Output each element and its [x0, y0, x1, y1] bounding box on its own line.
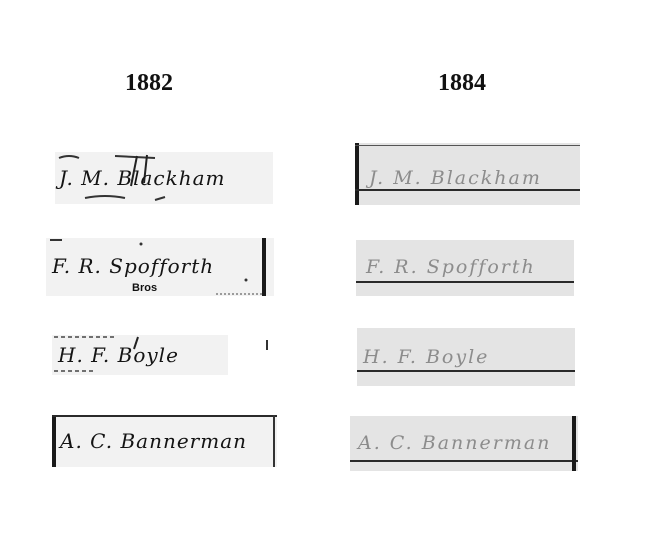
margin-bar — [52, 415, 56, 467]
signature-text: J. M. Blackham — [369, 167, 542, 189]
signature-1882-blackham: J. M. Blackham — [55, 152, 273, 204]
margin-bar-right — [273, 415, 275, 467]
signature-1882-bannerman: A. C. Bannerman — [52, 415, 277, 467]
signature-text: H. F. Boyle — [58, 343, 179, 367]
year-heading-1882: 1882 — [125, 70, 173, 97]
signature-text: J. M. Blackham — [59, 166, 225, 190]
margin-bar — [572, 416, 576, 471]
signature-text: F. R. Spofforth — [52, 254, 214, 278]
signature-text: F. R. Spofforth — [366, 256, 536, 278]
margin-bar — [355, 143, 359, 205]
signature-1882-boyle: H. F. Boyle — [52, 335, 228, 375]
year-heading-1884: 1884 — [438, 70, 486, 97]
ruled-line-top — [52, 415, 277, 417]
ruled-line — [350, 460, 578, 462]
signature-1882-spofforth: F. R. Spofforth Bros — [46, 238, 274, 296]
ruled-line — [356, 281, 574, 283]
printed-stamp-text: Bros — [132, 282, 157, 294]
signature-text: H. F. Boyle — [363, 346, 489, 368]
signature-text: A. C. Bannerman — [358, 432, 551, 454]
signature-text: A. C. Bannerman — [60, 429, 247, 453]
signature-1884-boyle: H. F. Boyle — [357, 328, 575, 386]
ruled-line — [355, 189, 580, 191]
signature-1884-bannerman: A. C. Bannerman — [350, 416, 578, 471]
margin-bar — [262, 238, 266, 296]
ruled-line-top — [355, 145, 580, 146]
signature-1884-spofforth: F. R. Spofforth — [356, 240, 574, 296]
ruled-line — [357, 370, 575, 372]
margin-mark — [266, 340, 268, 350]
signature-1884-blackham: J. M. Blackham — [355, 143, 580, 205]
